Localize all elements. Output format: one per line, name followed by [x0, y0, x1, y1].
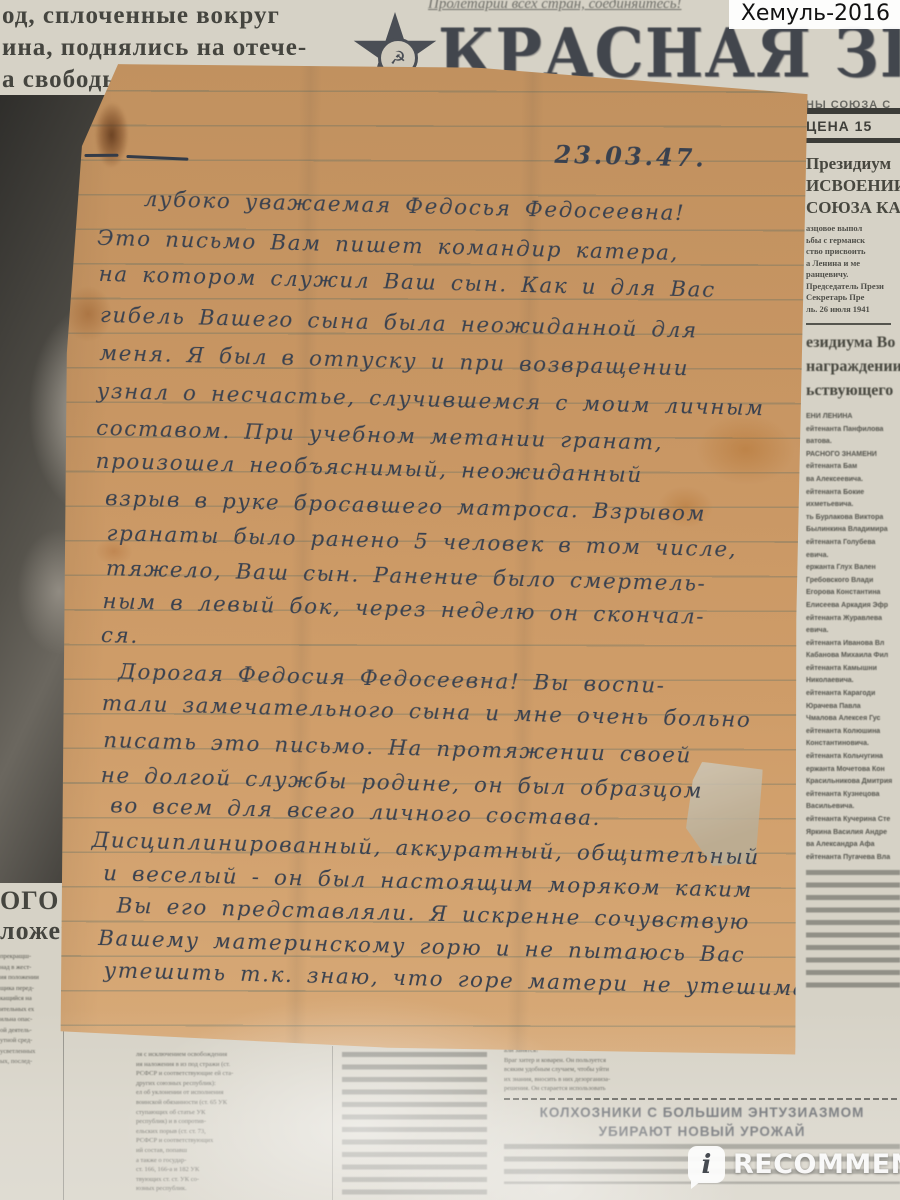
newspaper-text-line: всяким удобным случаем, чтобы уйти — [504, 1065, 900, 1075]
newspaper-text-line: ел об уклонении от исполнения — [136, 1088, 321, 1098]
award-name-line: Былинкина Владимира — [806, 524, 900, 537]
handwritten-line: на котором служил Ваш сын. Как и для Вас — [98, 262, 716, 303]
award-name-line: ейтенанта Карагоди — [806, 688, 900, 701]
newspaper-text-line: твующих ст. ст. УК со- — [136, 1175, 321, 1185]
photo-scene: од, сплоченные вокругина, поднялись на о… — [0, 0, 900, 1200]
right-column-body: азцовое выпольбы с германскство присвоит… — [806, 223, 900, 315]
newspaper-text-line: их знания, вносить в них дезорганиза- — [504, 1075, 900, 1085]
award-name-line: ейтенанта Пугачева Вла — [806, 852, 900, 865]
award-name-line: ейтенанта Кузнецова — [806, 789, 900, 802]
award-name-line: ейтенанта Иванова Вл — [806, 638, 900, 651]
newspaper-text-line: ранцевичу. — [806, 269, 900, 281]
award-name-line: ержанта Глух Вален — [806, 562, 900, 575]
handwritten-line: писать это письмо. На протяжении своей — [103, 728, 692, 768]
newspaper-text-line: ступающих об статье УК — [136, 1108, 321, 1118]
handwritten-letter: 23.03.47. лубоко уважаемая Федосья Федос… — [55, 57, 811, 1062]
newspaper-text-line: Секретарь Пре — [806, 292, 900, 304]
award-name-line: Кабанова Михаила Фил — [806, 650, 900, 663]
price-label: ЦЕНА 15 — [806, 118, 900, 134]
newspaper-text-line: РСФСР и соответствующих — [136, 1136, 321, 1146]
handwritten-line: гранаты было ранено 5 человек в том числ… — [106, 521, 737, 563]
award-name-line: евича. — [806, 625, 900, 638]
newspaper-text-line: других союзных республик): — [136, 1079, 321, 1089]
rule-bar — [806, 138, 900, 143]
illegible-text-block — [806, 870, 900, 990]
illegible-text-block — [342, 1052, 487, 1198]
newspaper-text-line: а также о государ- — [136, 1156, 321, 1166]
headline-line: ИСВОЕНИИ — [806, 175, 900, 197]
award-name-line: Яркина Василия Андре — [806, 827, 900, 840]
handwritten-line: лубоко уважаемая Федосья Федосеевна! — [144, 187, 686, 226]
newspaper-text-line: Председатель Прези — [806, 281, 900, 293]
newspaper-right-column: ЦЕНА 15 ПрезидиумИСВОЕНИИСОЮЗА КАП азцов… — [806, 108, 900, 990]
newspaper-text-line: азцовое выпол — [806, 223, 900, 235]
newspaper-text-line: ых, послед- — [0, 1057, 128, 1068]
headline-line: УБИРАЮТ НОВЫЙ УРОЖАЙ — [504, 1122, 900, 1141]
headline-line: награждении — [806, 355, 900, 379]
handwritten-line: взрыв в руке бросавшего матроса. Взрывом — [105, 486, 706, 527]
award-name-line: Васильевича. — [806, 801, 900, 814]
dashed-rule — [504, 1098, 900, 1100]
newspaper-text-line: ст. 166, 166-а и 182 УК — [136, 1165, 321, 1175]
award-name-line: Константиновича. — [806, 738, 900, 751]
award-name-line: ейтенанта Колюшина — [806, 726, 900, 739]
handwritten-line: меня. Я был в отпуску и при возвращении — [99, 341, 689, 381]
award-name-line: ейтенанта Камышни — [806, 663, 900, 676]
award-name-line: ЕНИ ЛЕНИНА — [806, 411, 900, 424]
award-name-line: ейтенанта Журавлева — [806, 613, 900, 626]
newspaper-text-line: ство присвоить — [806, 246, 900, 258]
rule — [806, 323, 891, 325]
watermark-hemul: Хемуль-2016 — [729, 0, 900, 29]
newspaper-text-line: ина, поднялись на отече- — [2, 32, 347, 64]
award-name-line: Гребовского Влади — [806, 575, 900, 588]
headline-line: Президиум — [806, 153, 900, 175]
newspaper-text-line: Враг хитер и коварен. Он пользуется — [504, 1056, 900, 1066]
award-name-line: ва Александра Афа — [806, 839, 900, 852]
award-name-line: Красильникова Дмитрия — [806, 776, 900, 789]
newspaper-text-line: ьбы с германск — [806, 235, 900, 247]
newspaper-text-line: решения. Он старается использовать — [504, 1084, 900, 1094]
column-rule — [332, 1046, 333, 1200]
award-name-line: ейтенанта Панфилова — [806, 424, 900, 437]
newspaper-text-line: РСФСР и соответствующие ей ста- — [136, 1069, 321, 1079]
handwritten-line: ным в левый бок, через неделю он скончал… — [102, 589, 705, 630]
award-name-line: Юрачева Павла — [806, 701, 900, 714]
award-name-line: Егорова Константина — [806, 587, 900, 600]
headline-line: КОЛХОЗНИКИ С БОЛЬШИМ ЭНТУЗИАЗМОМ — [504, 1103, 900, 1122]
award-name-line: евича. — [806, 550, 900, 563]
newspaper-text-line: ль. 26 июля 1941 — [806, 304, 900, 316]
watermark-recommend: i RECOMMEND.RU — [688, 1146, 900, 1183]
newspaper-text-line: а Ленина и ме — [806, 258, 900, 270]
handwritten-line: составом. При учебном метании гранат, — [96, 416, 663, 456]
right-column-headline-2: езидиума Вонагражденииьствующего — [806, 331, 900, 403]
award-name-line: ейтенанта Бам — [806, 461, 900, 474]
headline-line: ьствующего — [806, 379, 900, 403]
award-name-line: РАСНОГО ЗНАМЕНИ — [806, 449, 900, 462]
newspaper-text-line: утной сред- — [0, 1036, 128, 1047]
bottom-column-left: ля с исключением освобожденияия наложени… — [136, 1050, 321, 1194]
award-name-line: ть Бурлакова Виктора — [806, 512, 900, 525]
award-name-line: ержанта Мочетова Кон — [806, 764, 900, 777]
award-names-list: ЕНИ ЛЕНИНАейтенанта Панфиловаватова.РАСН… — [806, 411, 900, 864]
handwritten-line: гибель Вашего сына была неожиданной для — [100, 303, 698, 344]
newspaper-text-line: ля с исключением освобождения — [136, 1050, 321, 1060]
handwritten-line: узнал о несчастье, случившемся с моим ли… — [97, 379, 765, 421]
rule-bar — [806, 108, 900, 114]
handwritten-line: произошел необъяснимый, неожиданный — [95, 449, 643, 488]
award-name-line: ейтенанта Кольчугина — [806, 751, 900, 764]
newspaper-text-line: ельских порыв (ст. ст. 73, — [136, 1127, 321, 1137]
recommend-logo-text: RECOMMEND.RU — [733, 1149, 900, 1180]
newspaper-text-line: ий состав, попавш — [136, 1146, 321, 1156]
pen-stroke — [84, 154, 118, 157]
right-column-headline: ПрезидиумИСВОЕНИИСОЮЗА КАП — [806, 153, 900, 219]
headline-line: езидиума Во — [806, 331, 900, 355]
newspaper-text-line: юзных республик. — [136, 1184, 321, 1194]
award-name-line: ихметьевича. — [806, 499, 900, 512]
recommend-speech-bubble-icon: i — [688, 1146, 725, 1183]
award-name-line: ва Алексеевича. — [806, 474, 900, 487]
letter-date: 23.03.47. — [554, 140, 707, 173]
award-name-line: Николаевича. — [806, 675, 900, 688]
newspaper-text-line: од, сплоченные вокруг — [2, 0, 347, 32]
pen-stroke — [126, 155, 188, 161]
handwritten-line: Это письмо Вам пишет командир катера, — [97, 226, 679, 266]
award-name-line: ейтенанта Кучерина Сте — [806, 814, 900, 827]
handwritten-line: ся. — [101, 623, 139, 649]
award-name-line: Чмалова Алексея Гус — [806, 713, 900, 726]
paper-tear-stain — [94, 102, 129, 169]
harvest-headline: КОЛХОЗНИКИ С БОЛЬШИМ ЭНТУЗИАЗМОМУБИРАЮТ … — [504, 1103, 900, 1141]
award-name-line: ейтенанта Голубева — [806, 537, 900, 550]
newspaper-text-line: ия наложения в из под стражи (ст. — [136, 1060, 321, 1070]
award-name-line: ейтенанта Бокие — [806, 487, 900, 500]
newspaper-text-line: воинской обязанности (ст. 65 УК — [136, 1098, 321, 1108]
award-name-line: Елисеева Аркадия Эфр — [806, 600, 900, 613]
newspaper-text-line: республик) и в сопротив- — [136, 1117, 321, 1127]
headline-line: СОЮЗА КАП — [806, 197, 900, 219]
award-name-line: ватова. — [806, 436, 900, 449]
newspaper-text-line: усветленных — [0, 1047, 128, 1058]
